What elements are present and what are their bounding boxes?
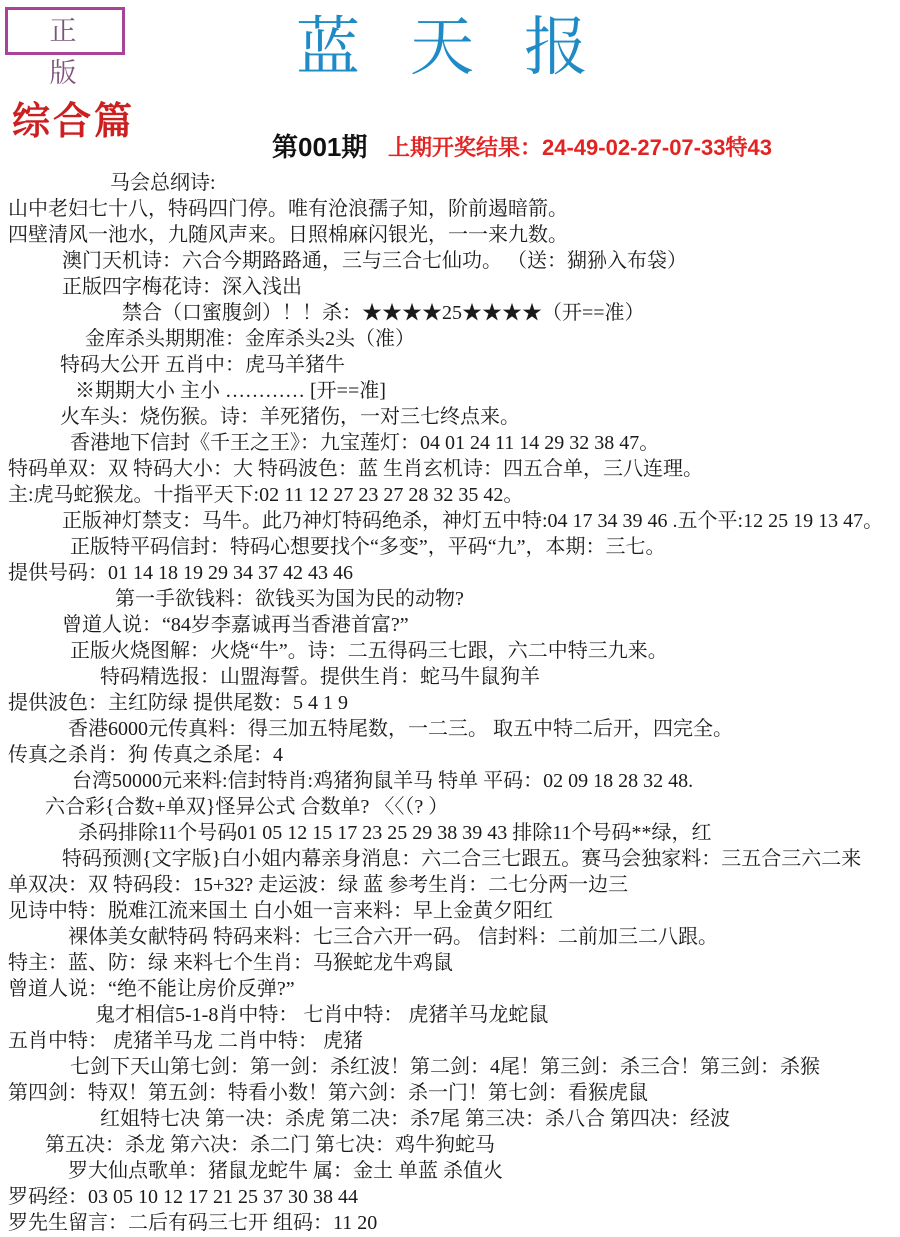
text-line: 曾道人说：“84岁李嘉诚再当香港首富?” [0, 612, 900, 638]
text-line: 正版神灯禁支：马牛。此乃神灯特码绝杀，神灯五中特:04 17 34 39 46 … [0, 508, 900, 534]
text-line: 金库杀头期期准：金库杀头2头（准） [0, 326, 900, 352]
text-line: 特码预测{文字版}白小姐内幕亲身消息：六二合三七跟五。赛马会独家料：三五合三六二… [0, 846, 900, 872]
text-line: 传真之杀肖：狗 传真之杀尾：4 [0, 742, 900, 768]
text-line: 七剑下天山第七剑：第一剑：杀红波！第二剑：4尾！第三剑：杀三合！第三剑：杀猴 [0, 1054, 900, 1080]
text-line: 提供波色：主红防绿 提供尾数：5 4 1 9 [0, 690, 900, 716]
newspaper-page: 正版 蓝天报 综合篇 第001期 上期开奖结果：24-49-02-27-07-3… [0, 0, 900, 1237]
text-line: 第五决：杀龙 第六决：杀二门 第七决：鸡牛狗蛇马 [0, 1132, 900, 1158]
text-line: 罗大仙点歌单：猪鼠龙蛇牛 属：金土 单蓝 杀值火 [0, 1158, 900, 1184]
text-line: 禁合（口蜜腹剑）！！杀：★★★★25★★★★（开==准） [0, 300, 900, 326]
text-line: 提供号码：01 14 18 19 29 34 37 42 43 46 [0, 560, 900, 586]
text-line: ※期期大小 主小 ………… [开==准] [0, 378, 900, 404]
text-line: 罗先生留言：二后有码三七开 组码：11 20 [0, 1210, 900, 1236]
last-draw-result: 上期开奖结果：24-49-02-27-07-33特43 [388, 131, 772, 162]
section-title: 综合篇 [12, 90, 135, 145]
text-line: 鬼才相信5-1-8肖中特： 七肖中特： 虎猪羊马龙蛇鼠 [0, 1002, 900, 1028]
text-line: 特码精选报：山盟海誓。提供生肖：蛇马牛鼠狗羊 [0, 664, 900, 690]
text-line: 六合彩{合数+单双}怪异公式 合数单? 〈〈（? ） [0, 794, 900, 820]
text-line: 正版火烧图解：火烧“牛”。诗：二五得码三七跟，六二中特三九来。 [0, 638, 900, 664]
text-line: 罗码经：03 05 10 12 17 21 25 37 30 38 44 [0, 1184, 900, 1210]
text-line: 杀码排除11个号码01 05 12 15 17 23 25 29 38 39 4… [0, 820, 900, 846]
text-line: 五肖中特： 虎猪羊马龙 二肖中特： 虎猪 [0, 1028, 900, 1054]
text-line: 火车头：烧伤猴。诗：羊死猪伤，一对三七终点来。 [0, 404, 900, 430]
text-line: 香港6000元传真料：得三加五特尾数，一二三。 取五中特二后开，四完全。 [0, 716, 900, 742]
text-line: 香港地下信封《千王之王》：九宝莲灯：04 01 24 11 14 29 32 3… [0, 430, 900, 456]
text-line: 裸体美女献特码 特码来料：七三合六开一码。 信封料：二前加三二八跟。 [0, 924, 900, 950]
text-line: 特码单双：双 特码大小：大 特码波色：蓝 生肖玄机诗：四五合单，三八连理。 [0, 456, 900, 482]
masthead-title: 蓝天报 [296, 8, 638, 88]
text-line: 马会总纲诗: [0, 170, 900, 196]
edition-badge: 正版 [5, 7, 125, 55]
text-line: 曾道人说：“绝不能让房价反弹?” [0, 976, 900, 1002]
text-line: 第四剑：特双！第五剑：特看小数！第六剑：杀一门！第七剑：看猴虎鼠 [0, 1080, 900, 1106]
text-line: 红姐特七决 第一决：杀虎 第二决：杀7尾 第三决：杀八合 第四决：经波 [0, 1106, 900, 1132]
text-line: 台湾50000元来料:信封特肖:鸡猪狗鼠羊马 特单 平码：02 09 18 28… [0, 768, 900, 794]
text-line: 第一手欲钱料：欲钱买为国为民的动物? [0, 586, 900, 612]
issue-label: 第001期 [272, 127, 367, 164]
text-line: 山中老妇七十八，特码四门停。唯有沧浪孺子知，阶前遏暗箭。 [0, 196, 900, 222]
text-line: 澳门天机诗：六合今期路路通，三与三合七仙功。 （送：猢狲入布袋） [0, 248, 900, 274]
text-line: 正版特平码信封：特码心想要找个“多变”，平码“九”，本期：三七。 [0, 534, 900, 560]
body-lines: 马会总纲诗:山中老妇七十八，特码四门停。唯有沧浪孺子知，阶前遏暗箭。四壁清风一池… [0, 170, 900, 1236]
text-line: 特主：蓝、防：绿 来料七个生肖：马猴蛇龙牛鸡鼠 [0, 950, 900, 976]
text-line: 特码大公开 五肖中：虎马羊猪牛 [0, 352, 900, 378]
text-line: 主:虎马蛇猴龙。十指平天下:02 11 12 27 23 27 28 32 35… [0, 482, 900, 508]
text-line: 见诗中特：脱难江流来国土 白小姐一言来料：早上金黄夕阳红 [0, 898, 900, 924]
text-line: 单双决：双 特码段：15+32? 走运波：绿 蓝 参考生肖：二七分两一边三 [0, 872, 900, 898]
text-line: 正版四字梅花诗：深入浅出 [0, 274, 900, 300]
text-line: 四壁清风一池水，九随风声来。日照棉麻闪银光，一一来九数。 [0, 222, 900, 248]
